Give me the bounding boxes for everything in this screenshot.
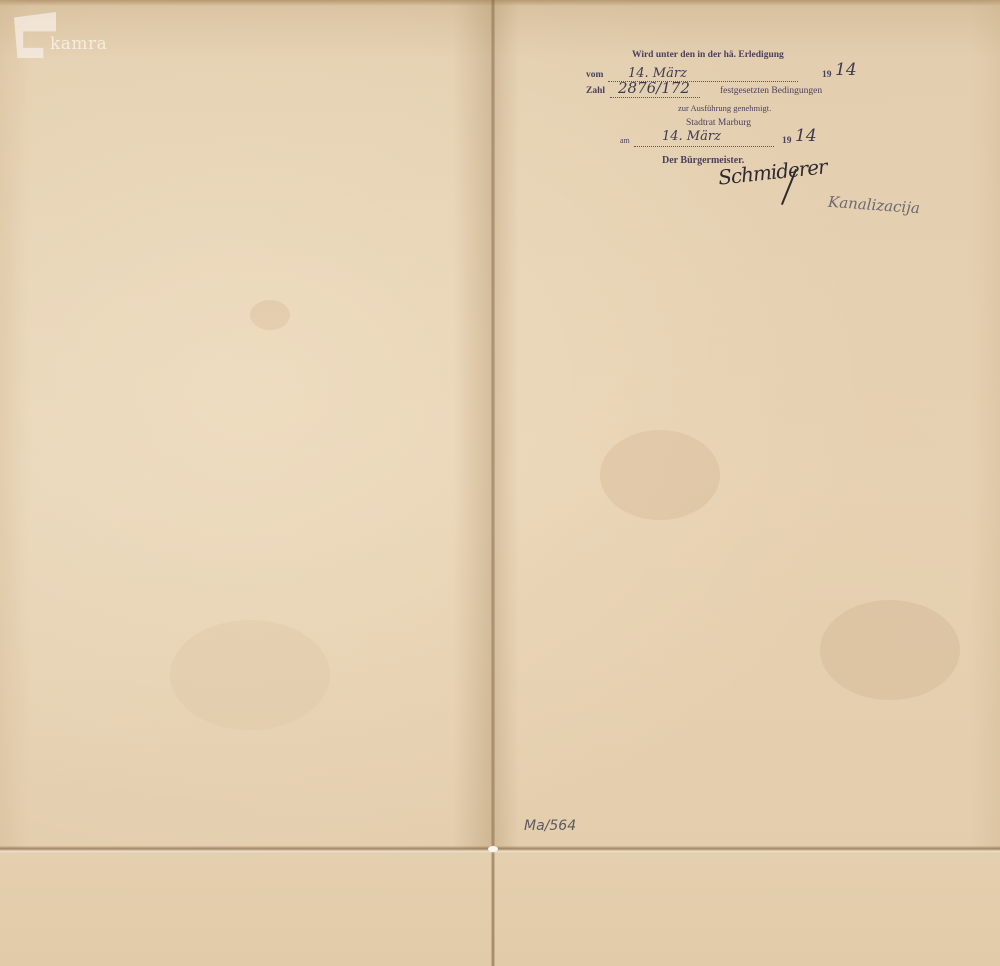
archive-reference-number: Ma/564 xyxy=(524,818,576,834)
stamp-year-prefix-2: 19 xyxy=(782,136,792,146)
stamp-year-1: 14 xyxy=(835,60,857,80)
kamra-logo-text: kamra xyxy=(50,34,107,54)
stamp-zahl-number: 2876/172 xyxy=(618,79,690,97)
vertical-fold-crease xyxy=(491,0,495,966)
stamp-year-prefix-1: 19 xyxy=(822,70,832,80)
stamp-header: Wird unter den in der hä. Erledigung xyxy=(632,50,784,60)
stamp-vom-label: vom xyxy=(586,70,603,80)
stamp-am-line xyxy=(634,146,774,147)
stamp-authority: Stadtrat Marburg xyxy=(686,118,751,128)
paper-stain xyxy=(250,300,290,330)
kamra-watermark: kamra xyxy=(12,12,122,62)
stamp-zahl-label: Zahl xyxy=(586,86,605,96)
scanned-document: kamra Wird unter den in der hä. Erledigu… xyxy=(0,0,1000,966)
paper-stain xyxy=(820,600,960,700)
stamp-zahl-line xyxy=(610,97,700,98)
horizontal-fold-crease xyxy=(0,846,1000,854)
stamp-year-2: 14 xyxy=(795,126,817,146)
stamp-approval: zur Ausführung genehmigt. xyxy=(678,103,771,113)
paper-stain xyxy=(170,620,330,730)
stamp-conditions: festgesetzten Bedingungen xyxy=(720,86,822,96)
fold-intersection-tear xyxy=(488,846,498,852)
bottom-folded-strip xyxy=(0,854,1000,966)
stamp-am-date: 14. März xyxy=(662,129,721,144)
paper-stain xyxy=(600,430,720,520)
stamp-am-label: am xyxy=(620,136,630,145)
